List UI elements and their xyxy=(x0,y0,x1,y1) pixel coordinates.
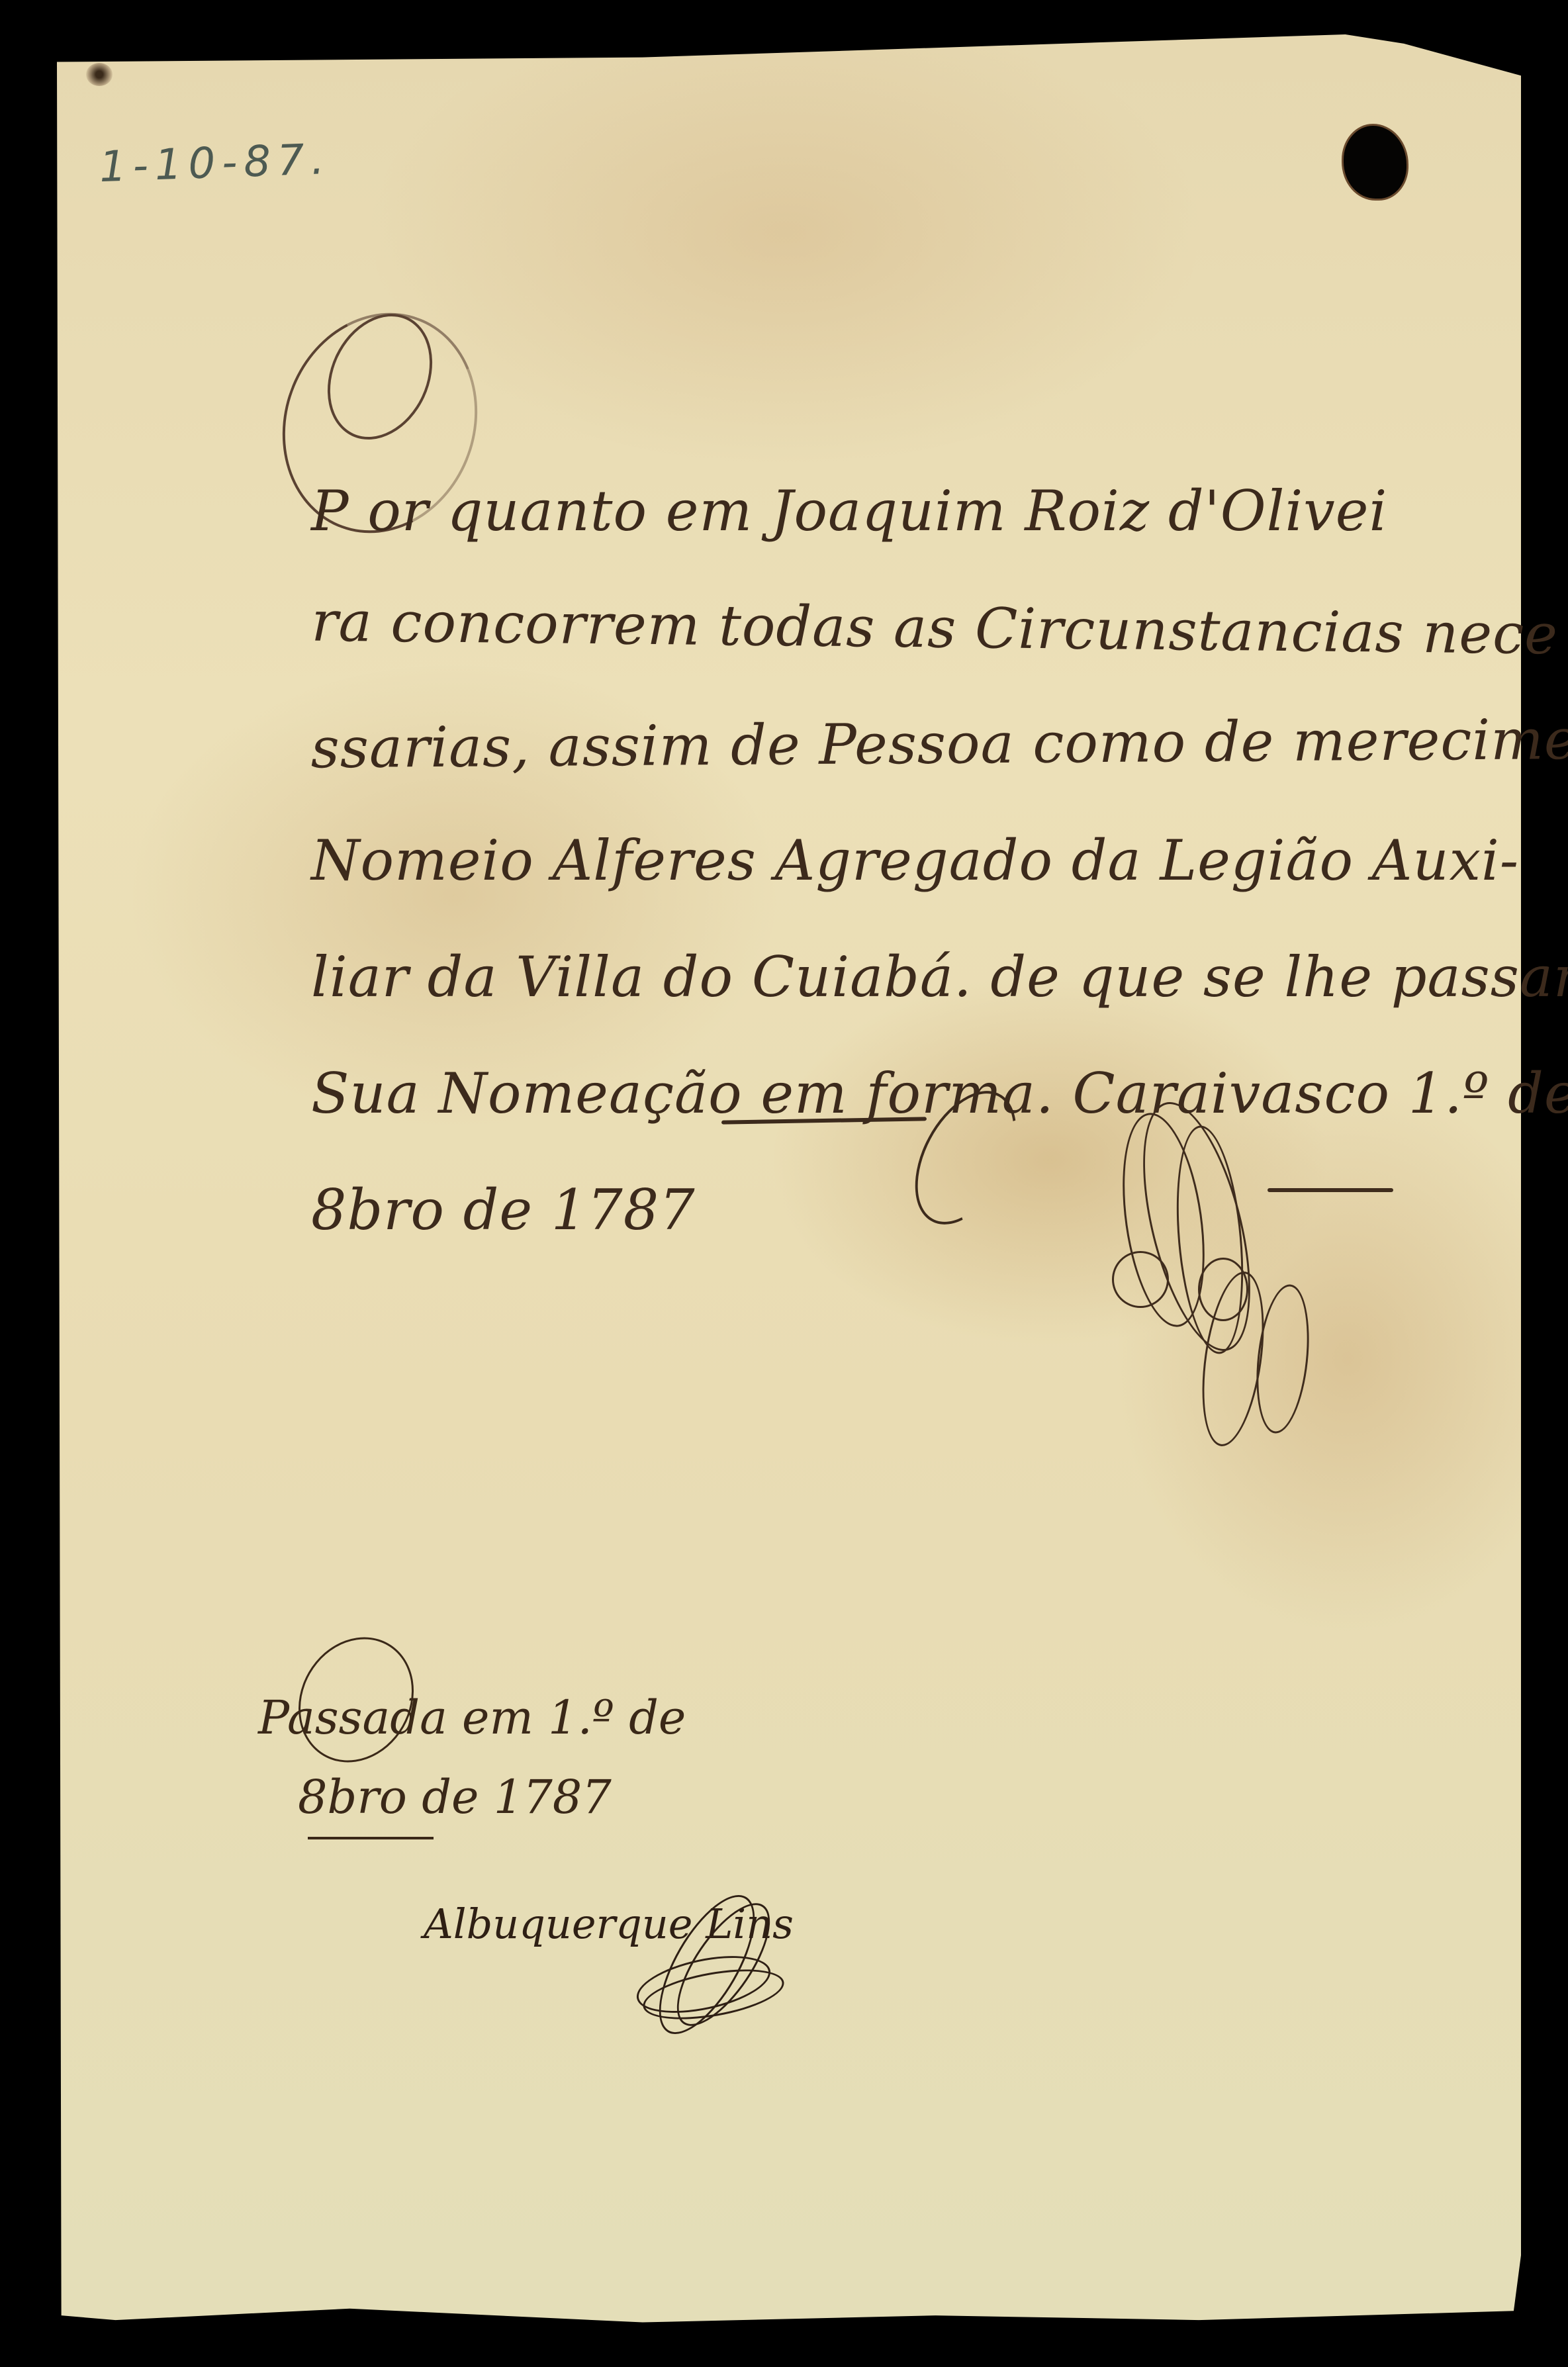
body-line: P or quanto em Joaquim Roiz d'Olivei xyxy=(311,483,1502,600)
registry-line: Passada em 1.º de xyxy=(258,1694,807,1774)
body-line: Sua Nomeação em forma. Caraivasco 1.º de xyxy=(311,1066,1502,1182)
ink-spot xyxy=(86,63,113,86)
body-line: ra concorrem todas as Circunstancias nec… xyxy=(310,594,1503,723)
governor-signature-rubric xyxy=(1099,1086,1311,1456)
signature-dash xyxy=(1268,1188,1393,1192)
body-line: Nomeio Alferes Agregado da Legião Auxi- xyxy=(311,833,1502,949)
signature-stroke xyxy=(1112,1251,1169,1308)
registrar-rubric xyxy=(635,1886,807,2039)
registry-line: 8bro de 1787 xyxy=(298,1774,807,1867)
body-line: liar da Villa do Cuiabá. de que se lhe p… xyxy=(311,949,1502,1066)
body-line: 8bro de 1787 xyxy=(311,1182,1502,1299)
document-body: P or quanto em Joaquim Roiz d'Olivei ra … xyxy=(311,483,1502,1299)
body-line: ssarias, assim de Pessoa como de merecim… xyxy=(310,712,1502,837)
pencil-annotation: 1-10-87. xyxy=(99,135,332,192)
year-underline xyxy=(308,1837,434,1839)
registry-note: Passada em 1.º de 8bro de 1787 xyxy=(212,1694,807,1867)
